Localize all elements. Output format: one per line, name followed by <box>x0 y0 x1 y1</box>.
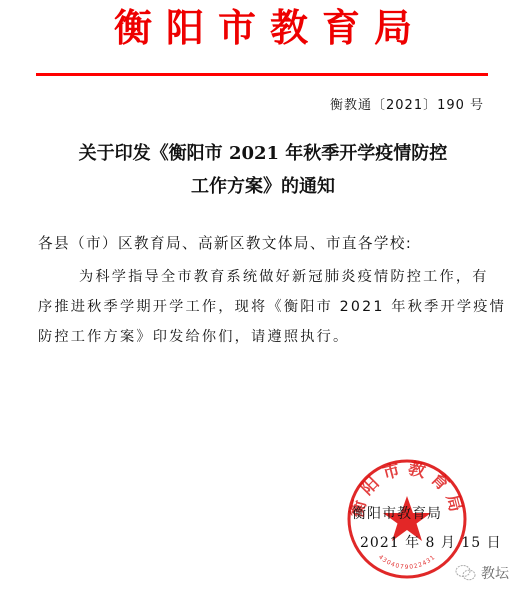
document-title-line-2: 工作方案》的通知 <box>0 172 526 198</box>
body-line-2: 序推进秋季学期开学工作，现将《衡阳市 2021 年秋季开学疫情 <box>38 296 506 316</box>
document-number: 衡教通〔2021〕190 号 <box>330 94 484 113</box>
watermark: 教坛 <box>455 563 509 583</box>
body-line-3: 防控工作方案》印发给你们，请遵照执行。 <box>38 326 349 346</box>
stamp-serial: 4304079022431 <box>377 554 437 571</box>
salutation: 各县（市）区教育局、高新区教文体局、市直各学校: <box>38 232 412 253</box>
document-page: 衡阳市教育局 衡教通〔2021〕190 号 关于印发《衡阳市 2021 年秋季开… <box>0 0 526 598</box>
issuer-signature: 衡阳市教育局 <box>352 503 442 523</box>
red-rule-divider <box>36 73 488 76</box>
org-masthead: 衡阳市教育局 <box>0 6 526 50</box>
body-line-1: 为科学指导全市教育系统做好新冠肺炎疫情防控工作，有 <box>79 266 489 286</box>
watermark-text: 教坛 <box>481 563 509 583</box>
svg-text:4304079022431: 4304079022431 <box>377 554 437 571</box>
document-title-line-1: 关于印发《衡阳市 2021 年秋季开学疫情防控 <box>0 139 526 165</box>
wechat-icon <box>455 564 477 582</box>
issue-date: 2021 年 8 月 15 日 <box>360 532 502 552</box>
